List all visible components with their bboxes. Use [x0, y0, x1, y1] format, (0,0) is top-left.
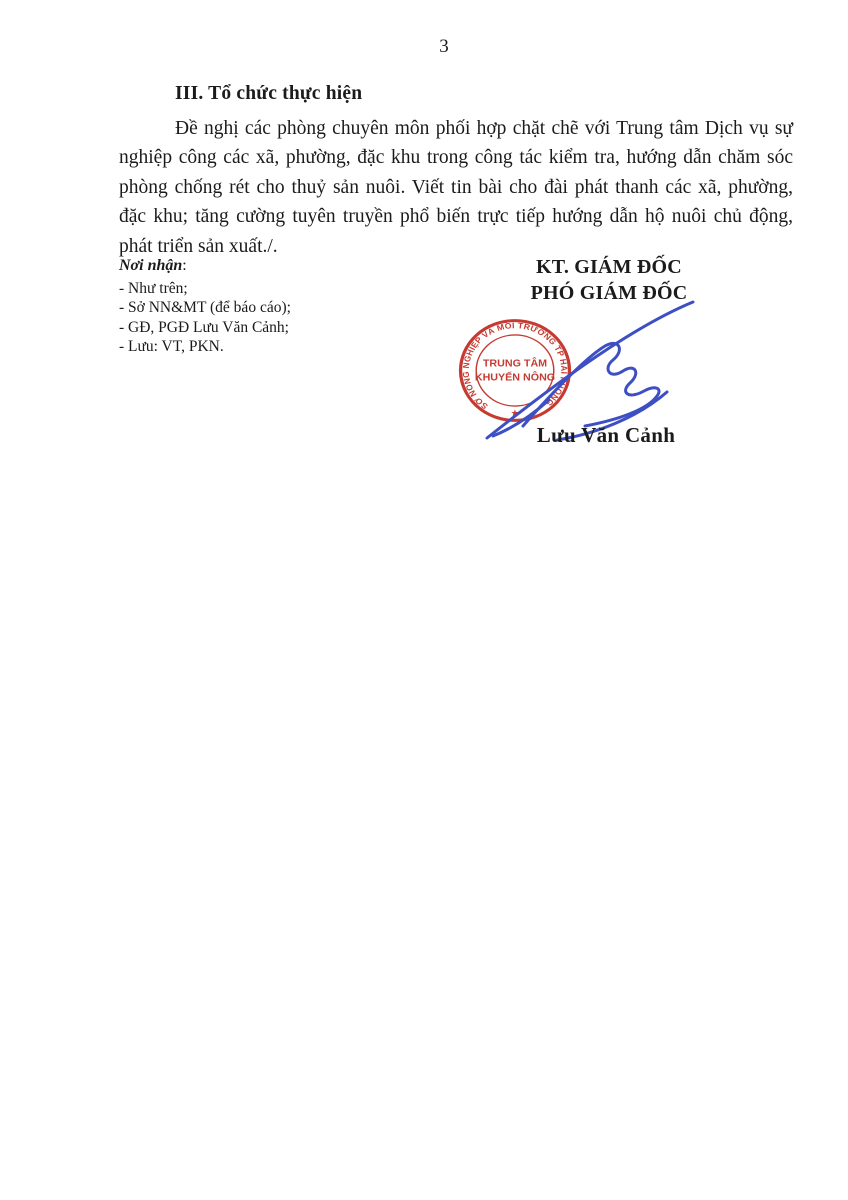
page-number: 3	[404, 36, 484, 58]
recipients-block: Nơi nhận: - Như trên; - Sở NN&MT (để báo…	[119, 256, 419, 357]
recipients-label-line: Nơi nhận:	[119, 256, 419, 276]
signer-role-acting: KT. GIÁM ĐỐC	[498, 255, 720, 281]
recipient-item: - GĐ, PGĐ Lưu Văn Cảnh;	[119, 318, 419, 338]
recipients-label: Nơi nhận	[119, 257, 182, 274]
signature-main-diagonal	[487, 302, 693, 438]
recipient-item: - Như trên;	[119, 279, 419, 299]
recipient-item: - Sở NN&MT (để báo cáo);	[119, 298, 419, 318]
section-heading: III. Tổ chức thực hiện	[175, 83, 362, 105]
document-page: 3 III. Tổ chức thực hiện Đề nghị các phò…	[0, 0, 848, 1200]
signer-name: Lưu Văn Cảnh	[515, 423, 697, 448]
body-paragraph: Đề nghị các phòng chuyên môn phối hợp ch…	[119, 114, 793, 261]
recipients-colon: :	[182, 257, 186, 274]
recipient-item: - Lưu: VT, PKN.	[119, 337, 419, 357]
